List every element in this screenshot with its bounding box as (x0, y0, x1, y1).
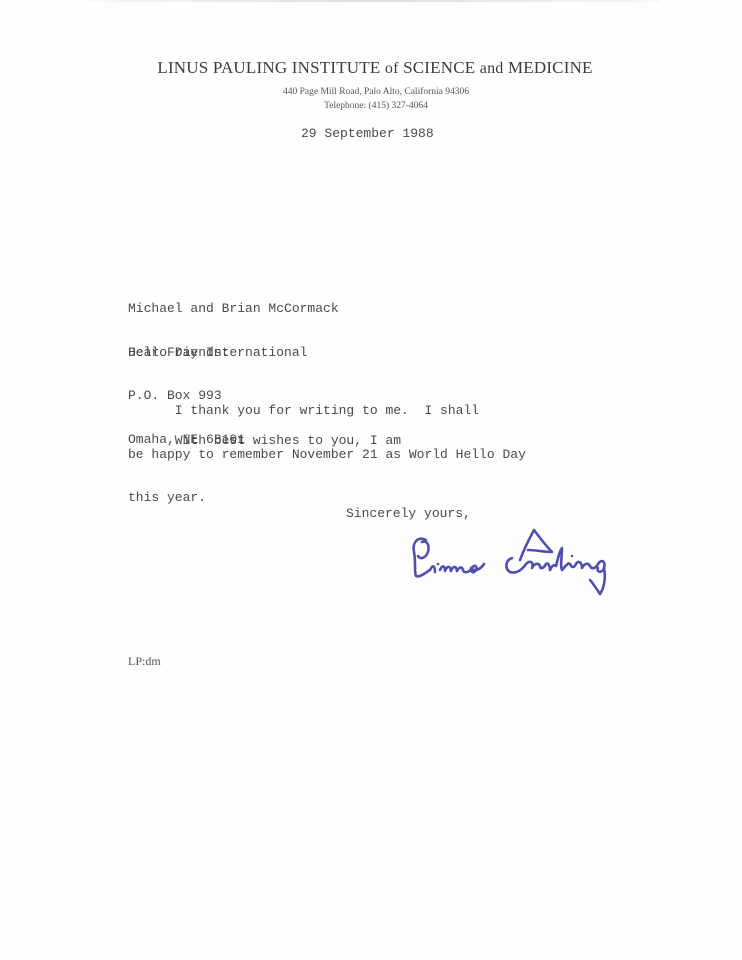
body-line: this year. (128, 491, 526, 506)
body-paragraph-2: With best wishes to you, I am (128, 434, 401, 449)
salutation: Dear Friends: (128, 346, 229, 361)
page-top-edge (90, 0, 660, 2)
typist-initials: LP:dm (128, 654, 161, 669)
letter-page: LINUS PAULING INSTITUTE of SCIENCE and M… (0, 0, 742, 960)
org-name-of: of (385, 60, 399, 77)
closing: Sincerely yours, (346, 507, 471, 522)
letter-date: 29 September 1988 (301, 127, 434, 142)
signature-image: Linus Pauling (400, 522, 622, 602)
org-name-part3: MEDICINE (508, 58, 593, 77)
recipient-line: Michael and Brian McCormack (128, 302, 339, 317)
organization-telephone: Telephone: (415) 327-4064 (10, 99, 742, 113)
organization-name: LINUS PAULING INSTITUTE of SCIENCE and M… (8, 58, 742, 79)
org-name-part1: LINUS PAULING INSTITUTE (157, 58, 380, 77)
organization-address: 440 Page Mill Road, Palo Alto, Californi… (10, 85, 742, 99)
body-line: I thank you for writing to me. I shall (128, 404, 526, 419)
org-name-and: and (480, 60, 504, 77)
body-line: be happy to remember November 21 as Worl… (128, 448, 526, 463)
letterhead: LINUS PAULING INSTITUTE of SCIENCE and M… (0, 58, 742, 113)
org-name-part2: SCIENCE (403, 58, 475, 77)
